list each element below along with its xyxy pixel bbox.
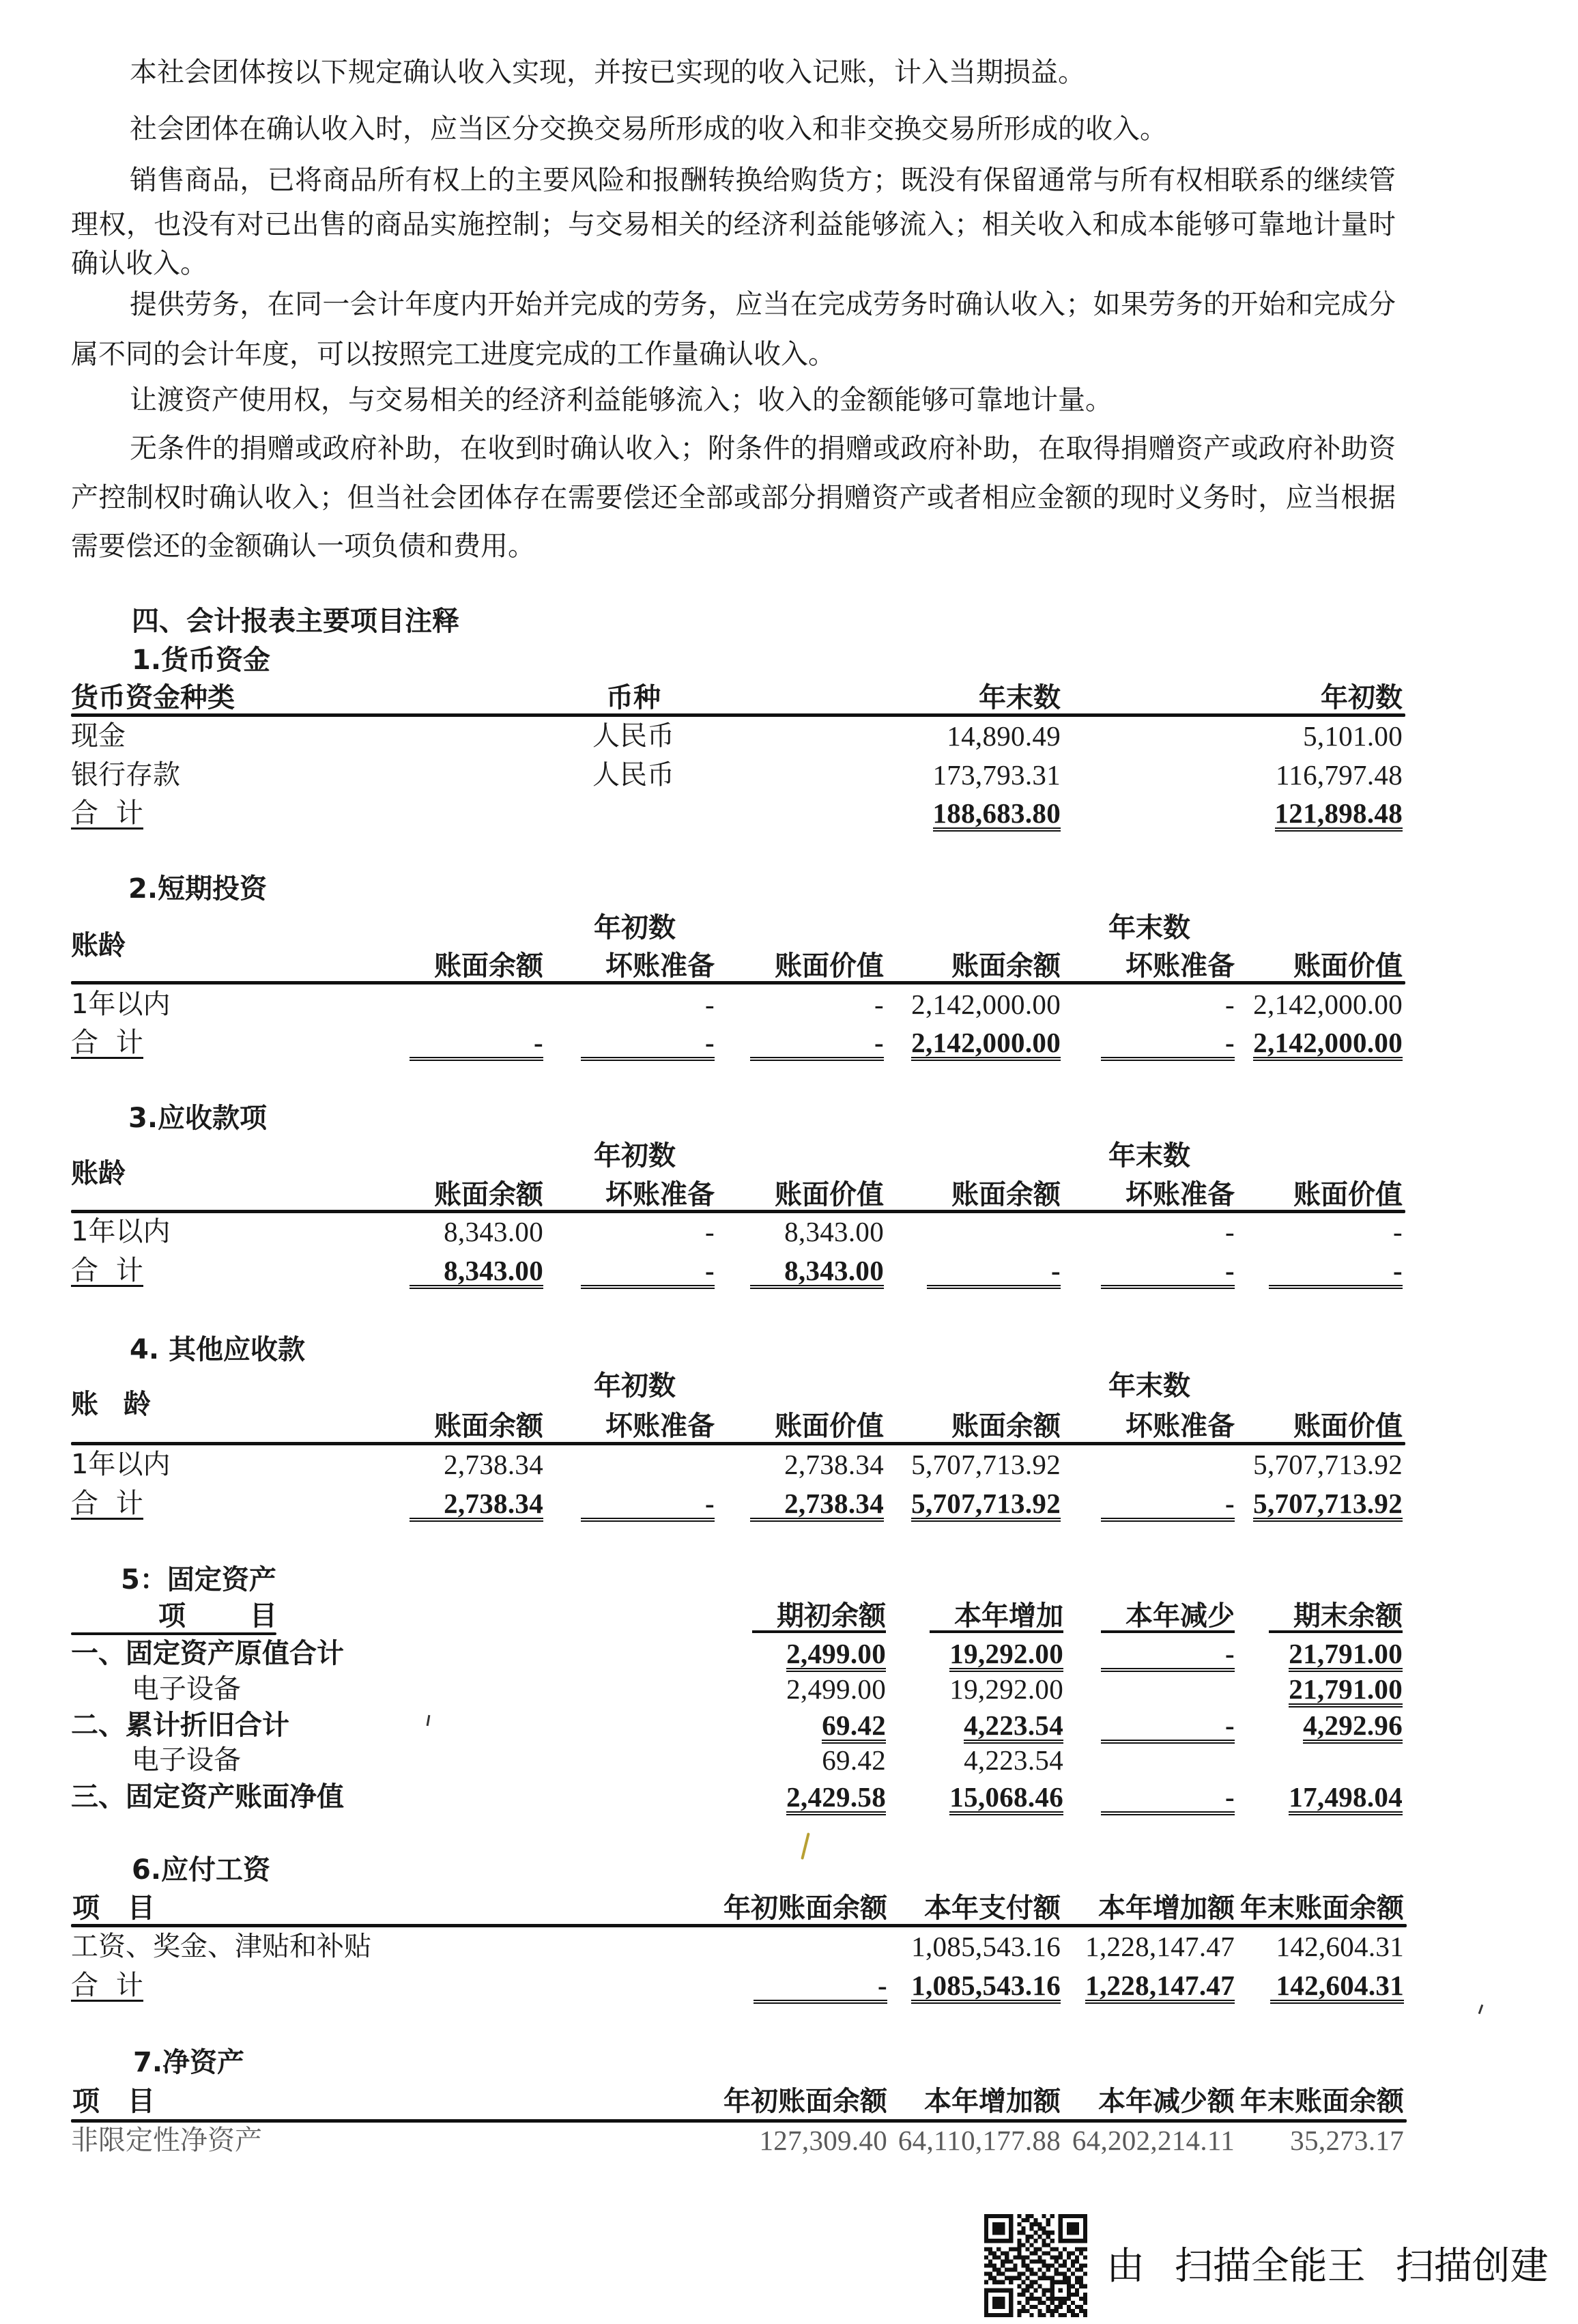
cell-increase: 19,292.00 [886, 1673, 1063, 1705]
cell-opening: 69.42 [708, 1709, 886, 1744]
row-label: 1年以内 [71, 1448, 170, 1481]
total-value: 142,604.31 [1270, 1972, 1404, 2004]
paragraph-line: 本社会团体按以下规定确认收入实现，并按已实现的收入记账，计入当期损益。 [130, 56, 1085, 89]
subtotal-value: 21,791.00 [1289, 1640, 1403, 1672]
table-rule [71, 1442, 1405, 1445]
total-value: 1,228,147.47 [1085, 1972, 1235, 2004]
cell-end-book-value: 5,707,713.92 [1239, 1448, 1403, 1481]
cell-end-book-value: - [1239, 1215, 1403, 1248]
subheader-book-value: 账面价值 [1239, 1178, 1403, 1211]
total-end-book-balance: 5,707,713.92 [897, 1487, 1061, 1522]
cell-end-bad-debt: - [1071, 1215, 1235, 1248]
total-paid: 1,085,543.16 [890, 1969, 1061, 2004]
header-opening-book-balance: 年初账面余额 [717, 1892, 887, 1925]
group-header-year-end: 年末数 [1081, 911, 1218, 944]
cell-end-book-balance: 5,707,713.92 [897, 1448, 1061, 1481]
header-increase-this-year: 本年增加额 [1064, 1892, 1235, 1925]
subheader-book-value: 账面价值 [720, 1410, 884, 1443]
total-opening: - [717, 1969, 887, 2004]
cell-currency: 人民币 [531, 720, 736, 752]
cell-begin-book-value: 8,343.00 [720, 1215, 884, 1248]
cell-begin-bad-debt: - [551, 988, 715, 1021]
cell-increase: 15,068.46 [886, 1781, 1063, 1815]
header-item: 项 目 [72, 1892, 155, 1925]
scan-artifact [801, 1832, 810, 1860]
cell-decrease: - [1057, 1709, 1235, 1744]
cell-opening: 2,499.00 [708, 1637, 886, 1672]
total-value: 5,707,713.92 [911, 1490, 1061, 1522]
cell-begin-book-balance: 8,343.00 [379, 1215, 543, 1248]
total-label: 合 计 [71, 1028, 143, 1059]
total-value: - [1101, 1490, 1235, 1522]
subheader-book-value: 账面价值 [720, 1178, 884, 1211]
note-title: 6.应付工资 [132, 1854, 270, 1886]
total-begin-book-value: 8,343.00 [720, 1254, 884, 1289]
header-opening-balance-wrap: 期初余额 [708, 1600, 886, 1633]
subheader-book-value: 账面价值 [720, 950, 884, 982]
row-label: 1年以内 [71, 1215, 170, 1248]
subheader-book-balance: 账面余额 [379, 1410, 543, 1443]
row-header-aging: 账龄 [71, 929, 126, 962]
cell-begin-bad-debt: - [551, 1215, 715, 1248]
cell-year-end: 173,793.31 [856, 759, 1061, 791]
row-label: 一、固定资产原值合计 [71, 1637, 344, 1670]
subtotal-value: - [1101, 1640, 1235, 1672]
subtotal-value: - [1101, 1783, 1235, 1815]
group-header-year-begin: 年初数 [566, 911, 703, 944]
table-rule [71, 2119, 1407, 2123]
total-end-book-value: 2,142,000.00 [1239, 1026, 1403, 1061]
group-header-year-end: 年末数 [1081, 1370, 1218, 1402]
cell-closing: 35,273.17 [1233, 2124, 1404, 2157]
cell-decrease: - [1057, 1637, 1235, 1672]
paragraph-line: 无条件的捐赠或政府补助，在收到时确认收入；附条件的捐赠或政府补助，在取得捐赠资产… [130, 432, 1396, 465]
total-increase: 1,228,147.47 [1064, 1969, 1235, 2004]
subtotal-value: 2,429.58 [786, 1783, 886, 1815]
subtotal-value: 21,791.00 [1289, 1675, 1403, 1707]
table-rule [71, 1924, 1407, 1927]
scanner-watermark-text: 由 扫描全能王 扫描创建 [1106, 2245, 1549, 2288]
total-label-wrap: 合 计 [71, 1254, 143, 1287]
total-value: - [581, 1029, 715, 1061]
total-value: - [1101, 1029, 1235, 1061]
cell-year-begin: 5,101.00 [1198, 720, 1403, 752]
cell-paid: 1,085,543.16 [890, 1930, 1061, 1963]
scan-artifact [1478, 2004, 1484, 2014]
cell-decrease: 64,202,214.11 [1064, 2124, 1235, 2157]
group-header-year-end: 年末数 [1081, 1139, 1218, 1172]
paragraph-line: 销售商品，已将商品所有权上的主要风险和报酬转换给购货方；既没有保留通常与所有权相… [130, 164, 1396, 197]
total-value: 188,683.80 [933, 799, 1061, 832]
cell-begin-book-value: 2,738.34 [720, 1448, 884, 1481]
cell-closing: 21,791.00 [1225, 1673, 1403, 1707]
total-year-begin: 121,898.48 [1198, 797, 1403, 832]
paragraph-line: 社会团体在确认收入时，应当区分交换交易所形成的收入和非交换交易所形成的收入。 [130, 113, 1167, 145]
header-item: 项 目 [158, 1600, 277, 1632]
subheader-book-balance: 账面余额 [897, 1410, 1061, 1443]
row-label: 非限定性净资产 [71, 2124, 262, 2157]
paragraph-line: 属不同的会计年度，可以按照完工进度完成的工作量确认收入。 [71, 338, 835, 371]
cell-end-book-value: 2,142,000.00 [1239, 988, 1403, 1021]
note-title: 1.货币资金 [132, 644, 270, 677]
subtotal-value: 4,223.54 [964, 1712, 1063, 1744]
paragraph-line: 提供劳务，在同一会计年度内开始并完成的劳务，应当在完成劳务时确认收入；如果劳务的… [130, 288, 1396, 321]
subheader-bad-debt-provision: 坏账准备 [1071, 1178, 1235, 1211]
cell-year-begin: 116,797.48 [1198, 759, 1403, 791]
row-label: 电子设备 [132, 1673, 241, 1705]
subtotal-value: 69.42 [822, 1712, 886, 1744]
row-label: 现金 [71, 720, 126, 752]
total-value: 5,707,713.92 [1253, 1490, 1403, 1522]
subheader-book-balance: 账面余额 [897, 950, 1061, 982]
total-end-bad-debt: - [1071, 1254, 1235, 1289]
total-value: - [410, 1029, 543, 1061]
row-header-aging: 账龄 [71, 1157, 126, 1190]
total-value: 2,142,000.00 [1253, 1029, 1403, 1061]
total-label: 合 计 [71, 1256, 143, 1287]
total-year-end: 188,683.80 [856, 797, 1061, 832]
note-title: 3.应收款项 [128, 1102, 267, 1135]
header-fund-type: 货币资金种类 [71, 681, 235, 714]
total-end-bad-debt: - [1071, 1487, 1235, 1522]
total-value: 1,085,543.16 [911, 1972, 1061, 2004]
header-opening-book-balance: 年初账面余额 [717, 2085, 887, 2118]
subheader-book-value: 账面价值 [1239, 950, 1403, 982]
header-increase-this-year: 本年增加额 [890, 2085, 1061, 2118]
note-title: 4. 其他应收款 [130, 1333, 305, 1366]
subheader-book-value: 账面价值 [1239, 1410, 1403, 1443]
subheader-book-balance: 账面余额 [379, 1178, 543, 1211]
subheader-book-balance: 账面余额 [897, 1178, 1061, 1211]
group-header-year-begin: 年初数 [566, 1139, 703, 1172]
cell-opening: 127,309.40 [717, 2124, 887, 2157]
header-year-begin: 年初数 [1198, 681, 1403, 714]
header-closing-book-balance: 年末账面余额 [1233, 1892, 1404, 1925]
note-title: 2.短期投资 [128, 873, 267, 905]
note-title: 7.净资产 [133, 2046, 244, 2079]
total-label: 合 计 [71, 799, 143, 830]
paragraph-line: 确认收入。 [71, 247, 207, 280]
total-value: - [754, 1972, 887, 2004]
cell-increase: 19,292.00 [886, 1637, 1063, 1672]
subtotal-value: 15,068.46 [949, 1783, 1063, 1815]
cell-closing: 17,498.04 [1225, 1781, 1403, 1815]
cell-year-end: 14,890.49 [856, 720, 1061, 752]
total-end-bad-debt: - [1071, 1026, 1235, 1061]
header-closing-balance-wrap: 期末余额 [1225, 1600, 1403, 1633]
total-value: 2,738.34 [410, 1490, 543, 1522]
total-begin-book-balance: 8,343.00 [379, 1254, 543, 1289]
header-item: 项 目 [72, 2085, 155, 2118]
subtotal-value: 2,499.00 [786, 1640, 886, 1672]
total-begin-bad-debt: - [551, 1487, 715, 1522]
cell-closing: 4,292.96 [1225, 1709, 1403, 1744]
subheader-bad-debt-provision: 坏账准备 [551, 1178, 715, 1211]
subheader-bad-debt-provision: 坏账准备 [551, 950, 715, 982]
total-label-wrap: 合 计 [71, 1026, 143, 1059]
cell-end-book-balance: 2,142,000.00 [897, 988, 1061, 1021]
cell-opening: 2,499.00 [708, 1673, 886, 1705]
table-rule [71, 713, 1405, 717]
paragraph-line: 让渡资产使用权，与交易相关的经济利益能够流入；收入的金额能够可靠地计量。 [130, 384, 1113, 416]
total-closing: 142,604.31 [1233, 1969, 1404, 2004]
total-end-book-balance: - [897, 1254, 1061, 1289]
total-value: 2,142,000.00 [911, 1029, 1061, 1061]
subheader-book-balance: 账面余额 [379, 950, 543, 982]
row-label: 银行存款 [71, 759, 180, 791]
row-label: 二、累计折旧合计 [71, 1709, 289, 1742]
paragraph-line: 需要偿还的金额确认一项负债和费用。 [71, 530, 535, 563]
total-label-wrap: 合 计 [71, 1487, 143, 1520]
row-label: 电子设备 [132, 1744, 241, 1776]
cell-opening: 2,429.58 [708, 1781, 886, 1815]
row-header-aging: 账 龄 [71, 1388, 151, 1421]
cell-increase: 4,223.54 [886, 1709, 1063, 1744]
header-decrease-this-year: 本年减少额 [1064, 2085, 1235, 2118]
total-value: - [581, 1490, 715, 1522]
total-end-book-value: 5,707,713.92 [1239, 1487, 1403, 1522]
header-increase-wrap: 本年增加 [886, 1600, 1063, 1633]
total-label: 合 计 [71, 1971, 143, 2002]
cell-decrease: - [1057, 1781, 1235, 1815]
total-begin-book-value: 2,738.34 [720, 1487, 884, 1522]
row-label: 1年以内 [71, 988, 170, 1021]
header-opening-balance: 期初余额 [752, 1602, 886, 1633]
subheader-bad-debt-provision: 坏账准备 [551, 1410, 715, 1443]
group-header-year-begin: 年初数 [566, 1370, 703, 1402]
cell-begin-book-value: - [720, 988, 884, 1021]
subtotal-value: 19,292.00 [949, 1640, 1063, 1672]
total-begin-bad-debt: - [551, 1026, 715, 1061]
subtotal-value: 4,292.96 [1303, 1712, 1403, 1744]
scan-artifact [427, 1715, 431, 1726]
paragraph-line: 产控制权时确认收入；但当社会团体存在需要偿还全部或部分捐赠资产或者相应金额的现时… [71, 481, 1396, 514]
row-label: 工资、奖金、津贴和补贴 [71, 1930, 371, 1963]
total-label-wrap: 合 计 [71, 797, 143, 830]
cell-closing: 142,604.31 [1233, 1930, 1404, 1963]
subheader-bad-debt-provision: 坏账准备 [1071, 950, 1235, 982]
total-begin-book-balance: 2,738.34 [379, 1487, 543, 1522]
cell-currency: 人民币 [531, 759, 736, 791]
subtotal-value: 17,498.04 [1289, 1783, 1403, 1815]
header-currency: 币种 [531, 681, 736, 714]
total-value: - [581, 1257, 715, 1289]
total-value: 8,343.00 [750, 1257, 884, 1289]
table-rule [71, 1210, 1405, 1213]
qr-code-icon [984, 2214, 1087, 2317]
note-title: 5：固定资产 [121, 1563, 276, 1596]
cell-closing: 21,791.00 [1225, 1637, 1403, 1672]
header-paid-this-year: 本年支付额 [890, 1892, 1061, 1925]
cell-end-bad-debt: - [1071, 988, 1235, 1021]
total-value: - [750, 1029, 884, 1061]
total-value: - [1101, 1257, 1235, 1289]
header-increase: 本年增加 [930, 1602, 1063, 1633]
total-begin-book-balance: - [379, 1026, 543, 1061]
total-label-wrap: 合 计 [71, 1969, 143, 2002]
total-value: 8,343.00 [410, 1257, 543, 1289]
cell-increase: 4,223.54 [886, 1744, 1063, 1776]
header-item-underline [71, 1632, 276, 1635]
header-year-end: 年末数 [856, 681, 1061, 714]
total-value: 121,898.48 [1275, 799, 1403, 832]
total-value: - [927, 1257, 1061, 1289]
subheader-bad-debt-provision: 坏账准备 [1071, 1410, 1235, 1443]
total-value: 2,738.34 [750, 1490, 884, 1522]
total-end-book-balance: 2,142,000.00 [897, 1026, 1061, 1061]
header-decrease: 本年减少 [1101, 1602, 1235, 1633]
cell-begin-book-balance: 2,738.34 [379, 1448, 543, 1481]
header-closing-book-balance: 年末账面余额 [1233, 2085, 1404, 2118]
total-begin-book-value: - [720, 1026, 884, 1061]
total-value: - [1269, 1257, 1403, 1289]
header-closing-balance: 期末余额 [1269, 1602, 1403, 1633]
cell-increase: 64,110,177.88 [890, 2124, 1061, 2157]
total-begin-bad-debt: - [551, 1254, 715, 1289]
cell-opening: 69.42 [708, 1744, 886, 1776]
total-label: 合 计 [71, 1489, 143, 1520]
total-end-book-value: - [1239, 1254, 1403, 1289]
paragraph-line: 理权，也没有对已出售的商品实施控制；与交易相关的经济利益能够流入；相关收入和成本… [71, 208, 1396, 241]
row-label: 三、固定资产账面净值 [71, 1781, 344, 1813]
section-heading: 四、会计报表主要项目注释 [132, 605, 459, 638]
cell-increase: 1,228,147.47 [1064, 1930, 1235, 1963]
table-rule [71, 981, 1405, 984]
subtotal-value: - [1101, 1712, 1235, 1744]
scanned-document-page: 本社会团体按以下规定确认收入实现，并按已实现的收入记账，计入当期损益。 社会团体… [0, 0, 1578, 2324]
header-decrease-wrap: 本年减少 [1057, 1600, 1235, 1633]
